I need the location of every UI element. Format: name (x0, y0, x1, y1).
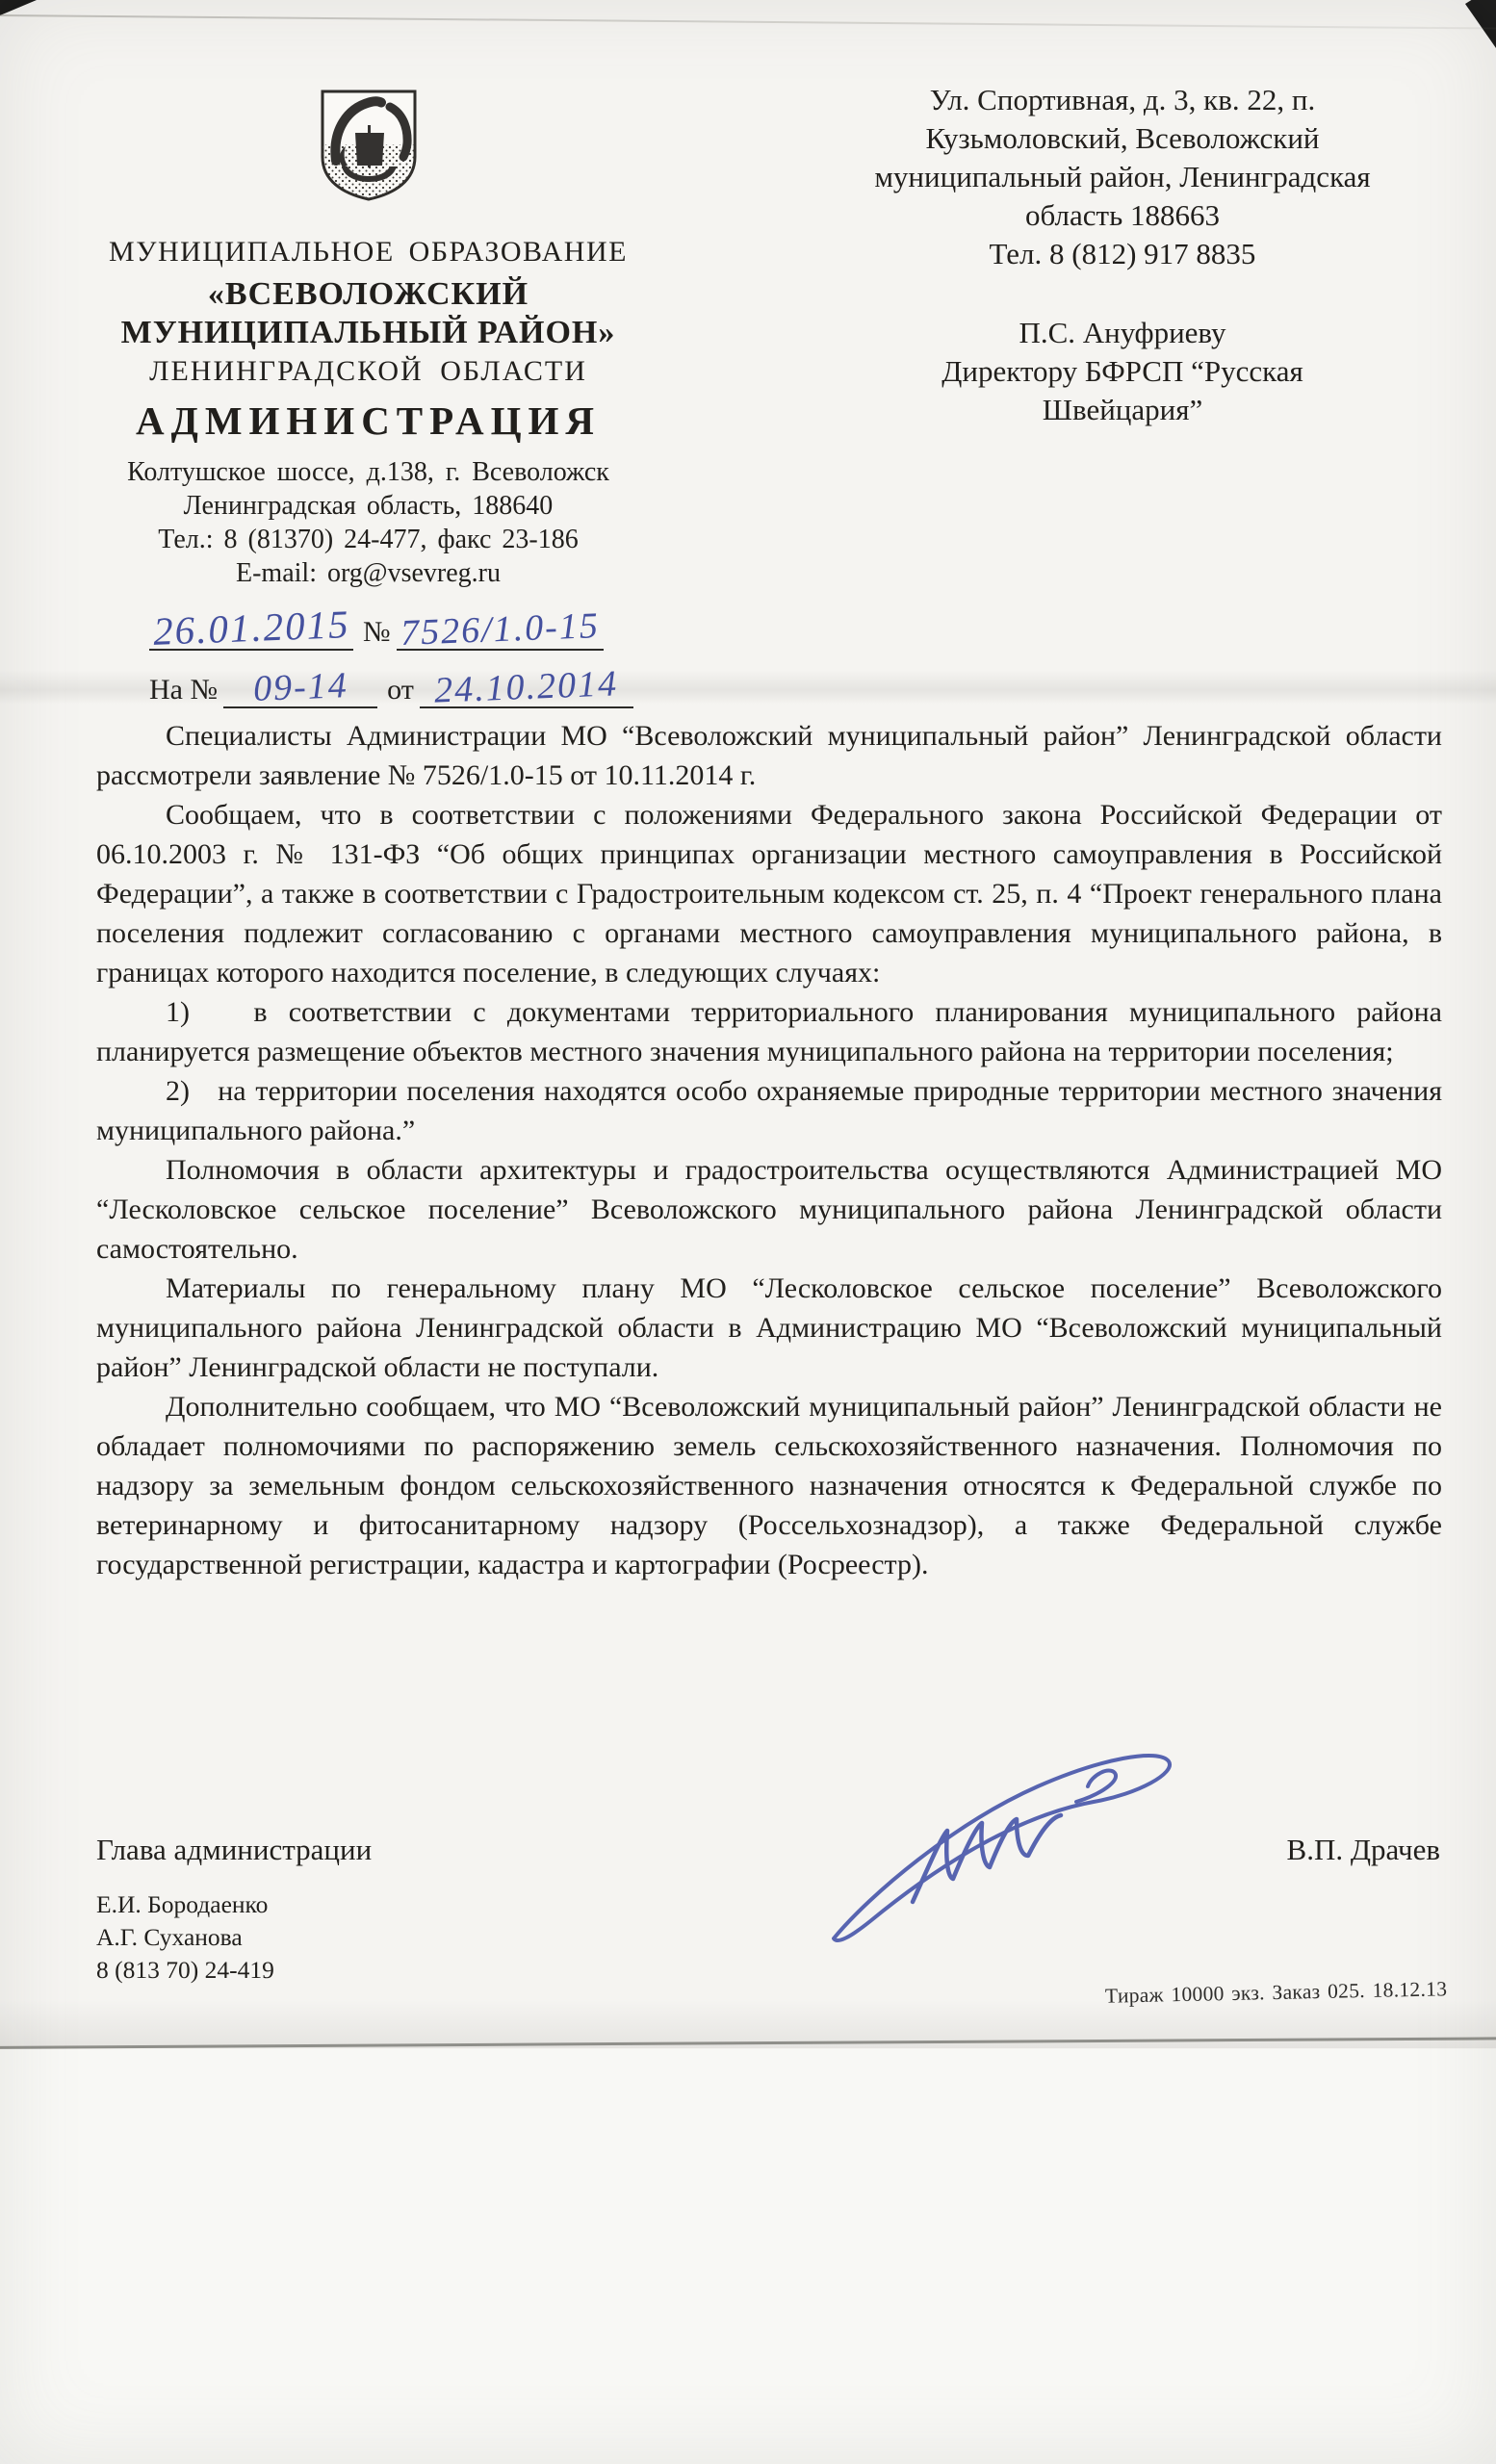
outgoing-date-handwritten: 26.01.2015 (152, 601, 350, 654)
underlying-sheet-area (0, 2049, 1496, 2464)
body-paragraph: Специалисты Администрации МО “Всеволожск… (96, 716, 1442, 795)
handwritten-signature-icon (820, 1740, 1205, 1947)
recipient-person: П.С. Ануфриеву (797, 314, 1448, 352)
recipient-block: Ул. Спортивная, д. 3, кв. 22, п. Кузьмол… (797, 81, 1448, 429)
executor-phone: 8 (813 70) 24-419 (96, 1954, 274, 1987)
org-region-line: ЛЕНИНГРАДСКОЙ ОБЛАСТИ (91, 355, 645, 388)
letterhead-address-region: Ленинградская область, 188640 (91, 491, 645, 522)
scanned-letter-page: МУНИЦИПАЛЬНОЕ ОБРАЗОВАНИЕ «ВСЕВОЛОЖСКИЙ … (0, 0, 1496, 2464)
letterhead-phone: Тел.: 8 (81370) 24-477, факс 23-186 (91, 525, 645, 555)
body-list-item-1: 1) в соответствии с документами территор… (96, 992, 1442, 1071)
recipient-name-block: П.С. Ануфриеву Директору БФРСП “Русская … (797, 314, 1448, 429)
incoming-number-handwritten: 09-14 (252, 664, 348, 710)
outgoing-number-field: 7526/1.0-15 (397, 606, 604, 651)
incoming-date-handwritten: 24.10.2014 (434, 662, 620, 711)
letterhead-address-street: Колтушское шоссе, д.138, г. Всеволожск (91, 457, 645, 488)
recipient-title-line1: Директору БФРСП “Русская (797, 352, 1448, 391)
outgoing-number-handwritten: 7526/1.0-15 (400, 604, 600, 654)
incoming-reference-row: На № 09-14 от 24.10.2014 (149, 664, 645, 708)
letter-body: Специалисты Администрации МО “Всеволожск… (96, 716, 1442, 1584)
paper-top-edge-shadow (0, 14, 1496, 30)
scan-corner-artifact-top-left (0, 0, 37, 15)
letterhead-email: E-mail: org@vsevreg.ru (91, 558, 645, 589)
recipient-title-line2: Швейцария” (797, 391, 1448, 429)
org-name-line3: МУНИЦИПАЛЬНЫЙ РАЙОН» (91, 315, 645, 351)
recipient-address-line2: Кузьмоловский, Всеволожский (797, 119, 1448, 158)
body-paragraph: Дополнительно сообщаем, что МО “Всеволож… (96, 1387, 1442, 1584)
signer-position-title: Глава администрации (96, 1833, 372, 1867)
executor-name-2: А.Г. Суханова (96, 1921, 274, 1954)
recipient-address-line3: муниципальный район, Ленинградская (797, 158, 1448, 196)
recipient-address-line1: Ул. Спортивная, д. 3, кв. 22, п. (797, 81, 1448, 119)
org-name-line2: «ВСЕВОЛОЖСКИЙ (91, 276, 645, 313)
incoming-number-label: На № (149, 674, 223, 708)
executor-name-1: Е.И. Бородаенко (96, 1888, 274, 1921)
incoming-date-field: 24.10.2014 (420, 664, 633, 708)
body-paragraph: Полномочия в области архитектуры и градо… (96, 1150, 1442, 1269)
outgoing-reference-row: 26.01.2015 № 7526/1.0-15 (149, 603, 645, 651)
org-name-line1: МУНИЦИПАЛЬНОЕ ОБРАЗОВАНИЕ (91, 236, 645, 269)
executors-block: Е.И. Бородаенко А.Г. Суханова 8 (813 70)… (96, 1888, 274, 1987)
recipient-address-line4: область 188663 (797, 196, 1448, 235)
number-sign-label: № (353, 616, 397, 651)
reference-block: 26.01.2015 № 7526/1.0-15 На № 09-14 от 2… (91, 603, 645, 708)
body-list-item-2: 2) на территории поселения находятся осо… (96, 1071, 1442, 1150)
coat-of-arms-icon (314, 85, 424, 204)
letterhead-block: МУНИЦИПАЛЬНОЕ ОБРАЗОВАНИЕ «ВСЕВОЛОЖСКИЙ … (91, 85, 645, 708)
signer-name: В.П. Драчев (1287, 1833, 1440, 1867)
recipient-phone: Тел. 8 (812) 917 8835 (797, 235, 1448, 273)
scan-corner-artifact-top-right (1465, 0, 1496, 48)
from-label: от (377, 674, 420, 708)
body-paragraph: Сообщаем, что в соответствии с положения… (96, 795, 1442, 992)
outgoing-date-field: 26.01.2015 (149, 603, 353, 651)
incoming-number-field: 09-14 (223, 664, 377, 708)
body-paragraph: Материалы по генеральному плану МО “Леск… (96, 1269, 1442, 1387)
org-administration-title: АДМИНИСТРАЦИЯ (91, 398, 645, 444)
